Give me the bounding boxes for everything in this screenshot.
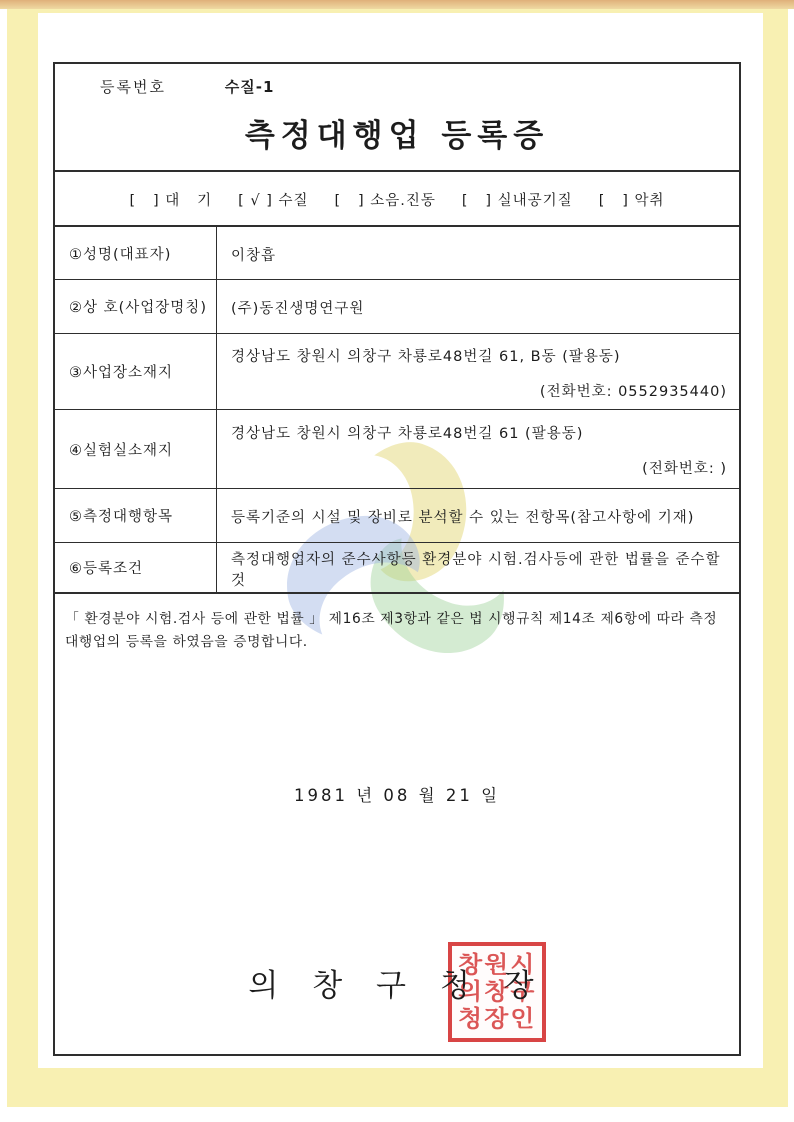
- table-row-name: ①성명(대표자) 이창흡: [55, 227, 739, 280]
- row-value: 측정대행업자의 준수사항등 환경분야 시험.검사등에 관한 법률을 준수할 것: [231, 548, 729, 590]
- certificate-border-box: 등록번호 수질-1 측정대행업 등록증 [ ] 대 기 [ √ ] 수질 [ ]…: [53, 62, 741, 1056]
- row-label: ①성명(대표자): [55, 227, 217, 279]
- row-value: 경상남도 창원시 의창구 차룡로48번길 61, B동 (팔용동): [231, 345, 621, 366]
- certificate-table: ①성명(대표자) 이창흡 ②상 호(사업장명칭) (주)동진생명연구원 ③사업장…: [55, 225, 739, 594]
- checkbox-option-water: [ √ ] 수질: [238, 189, 308, 210]
- checkbox-option-indoor-air: [ ] 실내공기질: [462, 189, 573, 210]
- checkbox-option-air: [ ] 대 기: [130, 189, 213, 210]
- table-row-lab-address: ④실험실소재지 경상남도 창원시 의창구 차룡로48번길 61 (팔용동) (전…: [55, 410, 739, 489]
- row-label: ③사업장소재지: [55, 334, 217, 409]
- table-row-business-address: ③사업장소재지 경상남도 창원시 의창구 차룡로48번길 61, B동 (팔용동…: [55, 334, 739, 410]
- certificate-title: 측정대행업 등록증: [55, 110, 739, 155]
- row-phone: (전화번호: 0552935440): [540, 380, 727, 401]
- row-value: (주)동진생명연구원: [231, 297, 364, 318]
- issuing-authority: 의 창 구 청 장: [55, 960, 739, 1005]
- table-row-company: ②상 호(사업장명칭) (주)동진생명연구원: [55, 280, 739, 334]
- row-value: 이창흡: [231, 244, 276, 265]
- seal-text-row: 청장인: [458, 1006, 536, 1033]
- table-row-service-items: ⑤측정대행항목 등록기준의 시설 및 장비로 분석할 수 있는 전항목(참고사항…: [55, 489, 739, 543]
- row-phone: (전화번호: ): [642, 457, 727, 478]
- registration-number-label: 등록번호: [100, 76, 166, 97]
- row-label: ②상 호(사업장명칭): [55, 280, 217, 333]
- row-value: 등록기준의 시설 및 장비로 분석할 수 있는 전항목(참고사항에 기재): [231, 506, 694, 527]
- row-value: 경상남도 창원시 의창구 차룡로48번길 61 (팔용동): [231, 422, 583, 443]
- row-label: ⑥등록조건: [55, 543, 217, 592]
- registration-number-value: 수질-1: [225, 76, 275, 97]
- row-label: ⑤측정대행항목: [55, 489, 217, 542]
- registration-number-row: 등록번호 수질-1: [100, 76, 274, 97]
- certification-statement: 「 환경분야 시험.검사 등에 관한 법률 」 제16조 제3항과 같은 법 시…: [65, 608, 729, 654]
- checkbox-option-odor: [ ] 악취: [599, 189, 665, 210]
- scan-top-edge: [0, 0, 794, 9]
- checkbox-option-noise: [ ] 소음.진동: [335, 189, 436, 210]
- issue-date: 1981 년 08 월 21 일: [55, 782, 739, 806]
- category-checkbox-row: [ ] 대 기 [ √ ] 수질 [ ] 소음.진동 [ ] 실내공기질 [ ]…: [55, 170, 739, 227]
- row-label: ④실험실소재지: [55, 410, 217, 488]
- table-row-conditions: ⑥등록조건 측정대행업자의 준수사항등 환경분야 시험.검사등에 관한 법률을 …: [55, 543, 739, 594]
